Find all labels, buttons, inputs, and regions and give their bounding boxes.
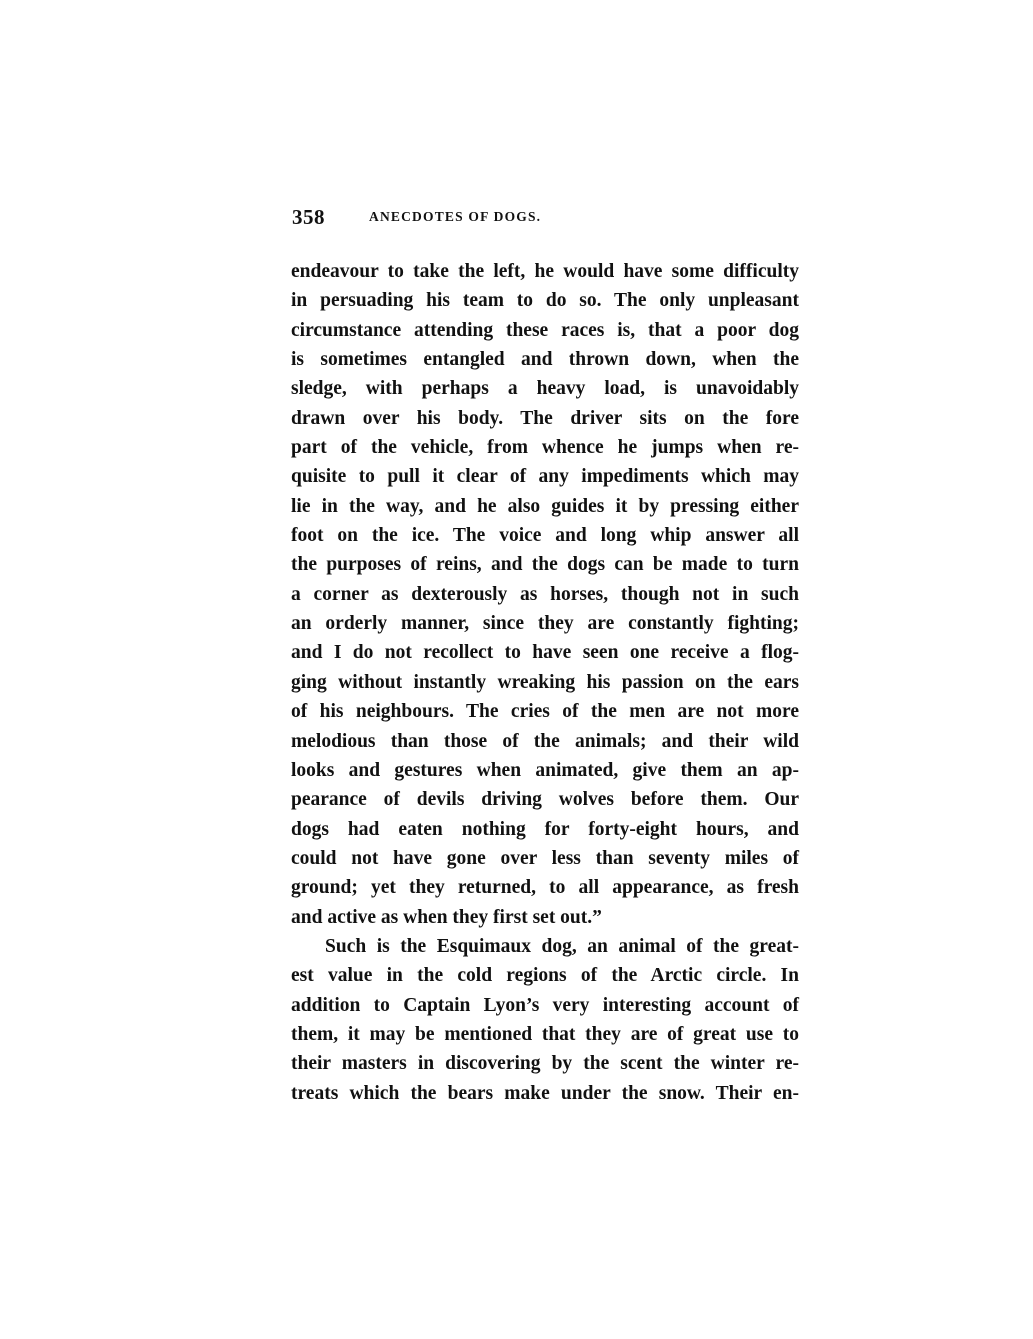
text-line: an orderly manner, since they are consta… (291, 609, 799, 638)
text-line: quisite to pull it clear of any impedime… (291, 462, 799, 491)
text-line: drawn over his body. The driver sits on … (291, 404, 799, 433)
running-header: 358 ANECDOTES OF DOGS. (291, 205, 799, 235)
text-line: melodious than those of the animals; and… (291, 727, 799, 756)
text-line: in persuading his team to do so. The onl… (291, 286, 799, 315)
text-line: pearance of devils driving wolves before… (291, 785, 799, 814)
text-line: addition to Captain Lyon’s very interest… (291, 991, 799, 1020)
text-line-paragraph-end: and active as when they first set out.” (291, 903, 799, 932)
text-line: them, it may be mentioned that they are … (291, 1020, 799, 1049)
text-line: ging without instantly wreaking his pass… (291, 668, 799, 697)
book-page: 358 ANECDOTES OF DOGS. endeavour to take… (291, 205, 799, 1108)
text-line: foot on the ice. The voice and long whip… (291, 521, 799, 550)
text-line: a corner as dexterously as horses, thoug… (291, 580, 799, 609)
text-line-paragraph-start: Such is the Esquimaux dog, an animal of … (291, 932, 799, 961)
text-line: part of the vehicle, from whence he jump… (291, 433, 799, 462)
text-line: their masters in discovering by the scen… (291, 1049, 799, 1078)
text-line: could not have gone over less than seven… (291, 844, 799, 873)
text-line: sledge, with perhaps a heavy load, is un… (291, 374, 799, 403)
text-line: est value in the cold regions of the Arc… (291, 961, 799, 990)
running-title: ANECDOTES OF DOGS. (369, 209, 541, 225)
body-text: endeavour to take the left, he would hav… (291, 257, 799, 1108)
text-line: looks and gestures when animated, give t… (291, 756, 799, 785)
text-line: treats which the bears make under the sn… (291, 1079, 799, 1108)
page-number: 358 (292, 205, 325, 230)
text-line: endeavour to take the left, he would hav… (291, 257, 799, 286)
text-line: ground; yet they returned, to all appear… (291, 873, 799, 902)
text-line: circumstance attending these races is, t… (291, 316, 799, 345)
text-line: and I do not recollect to have seen one … (291, 638, 799, 667)
text-line: dogs had eaten nothing for forty-eight h… (291, 815, 799, 844)
text-line: of his neighbours. The cries of the men … (291, 697, 799, 726)
text-line: is sometimes entangled and thrown down, … (291, 345, 799, 374)
text-line: the purposes of reins, and the dogs can … (291, 550, 799, 579)
text-line: lie in the way, and he also guides it by… (291, 492, 799, 521)
